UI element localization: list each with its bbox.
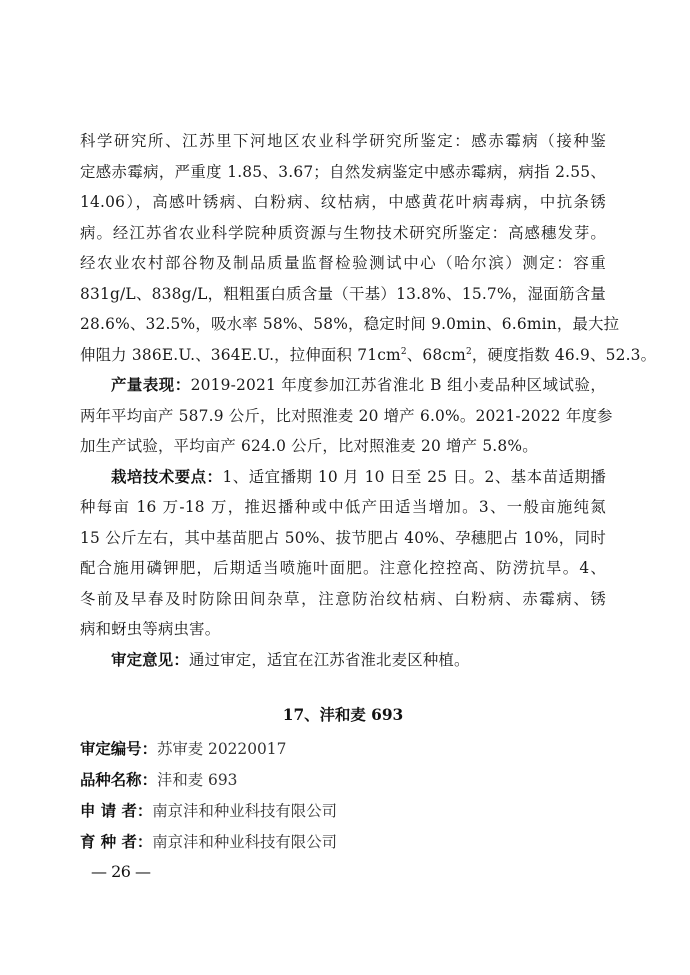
text-fragment: ，硬度指数 46.9、52.3。: [472, 346, 656, 364]
section-label: 审定意见：: [111, 651, 189, 669]
text-line: 冬前及早春及时防除田间杂草，注意防治纹枯病、白粉病、赤霉病、锈: [80, 584, 606, 615]
section-text: 通过审定，适宜在江苏省淮北麦区种植。: [189, 651, 470, 669]
page-number: — 26 —: [91, 862, 151, 881]
approval-section: 审定意见：通过审定，适宜在江苏省淮北麦区种植。: [80, 645, 606, 676]
cultivation-section: 栽培技术要点：1、适宜播期 10 月 10 日至 25 日。2、基本苗适期播 种…: [80, 462, 606, 645]
yield-section: 产量表现：2019-2021 年度参加江苏省淮北 B 组小麦品种区域试验， 两年…: [80, 370, 606, 462]
text-line: 产量表现：2019-2021 年度参加江苏省淮北 B 组小麦品种区域试验，: [80, 370, 606, 401]
info-label: 申 请 者：: [80, 796, 152, 827]
info-value: 沣和麦 693: [157, 771, 237, 789]
text-line: 28.6%、32.5%，吸水率 58%、58%，稳定时间 9.0min、6.6m…: [80, 309, 606, 340]
text-line: 病和蚜虫等病虫害。: [80, 614, 606, 645]
text-line: 14.06），高感叶锈病、白粉病、纹枯病，中感黄花叶病毒病，中抗条锈: [80, 187, 606, 218]
text-line: 经农业农村部谷物及制品质量监督检验测试中心（哈尔滨）测定：容重: [80, 248, 606, 279]
text-line: 加生产试验，平均亩产 624.0 公斤，比对照淮麦 20 增产 5.8%。: [80, 431, 606, 462]
variety-info-row: 审定编号：苏审麦 20220017: [80, 734, 606, 765]
variety-info-row: 品种名称：沣和麦 693: [80, 765, 606, 796]
text-line: 伸阻力 386E.U.、364E.U.，拉伸面积 71cm2、68cm2，硬度指…: [80, 340, 606, 371]
text-line: 配合施用磷钾肥，后期适当喷施叶面肥。注意化控控高、防涝抗旱。4、: [80, 553, 606, 584]
document-page: 科学研究所、江苏里下河地区农业科学研究所鉴定：感赤霉病（接种鉴 定感赤霉病，严重…: [80, 126, 606, 675]
info-label: 育 种 者：: [80, 827, 152, 858]
section-label: 栽培技术要点：: [111, 468, 222, 486]
info-label: 品种名称：: [80, 765, 157, 796]
info-value: 南京沣和种业科技有限公司: [152, 833, 337, 851]
text-line: 审定意见：通过审定，适宜在江苏省淮北麦区种植。: [80, 645, 606, 676]
text-line: 病。经江苏省农业科学院种质资源与生物技术研究所鉴定：高感穗发芽。: [80, 218, 606, 249]
variety-info-row: 申 请 者：南京沣和种业科技有限公司: [80, 796, 606, 827]
info-value: 南京沣和种业科技有限公司: [152, 802, 337, 820]
text-fragment: 伸阻力 386E.U.、364E.U.，拉伸面积 71cm: [80, 346, 401, 364]
section-text: 2019-2021 年度参加江苏省淮北 B 组小麦品种区域试验，: [191, 376, 606, 394]
text-line: 栽培技术要点：1、适宜播期 10 月 10 日至 25 日。2、基本苗适期播: [80, 462, 606, 493]
text-line: 种每亩 16 万-18 万，推迟播种或中低产田适当增加。3、一般亩施纯氮: [80, 492, 606, 523]
info-value: 苏审麦 20220017: [157, 740, 286, 758]
continuation-paragraph: 科学研究所、江苏里下河地区农业科学研究所鉴定：感赤霉病（接种鉴 定感赤霉病，严重…: [80, 126, 606, 370]
variety-info-row: 育 种 者：南京沣和种业科技有限公司: [80, 827, 606, 858]
variety-info-list: 审定编号：苏审麦 20220017 品种名称：沣和麦 693 申 请 者：南京沣…: [80, 734, 606, 858]
text-line: 科学研究所、江苏里下河地区农业科学研究所鉴定：感赤霉病（接种鉴: [80, 126, 606, 157]
text-line: 两年平均亩产 587.9 公斤，比对照淮麦 20 增产 6.0%。2021-20…: [80, 401, 606, 432]
variety-heading: 17、沣和麦 693: [80, 700, 606, 730]
text-fragment: 、68cm: [407, 346, 466, 364]
info-label: 审定编号：: [80, 734, 157, 765]
text-line: 831g/L、838g/L，粗粗蛋白质含量（干基）13.8%、15.7%，湿面筋…: [80, 279, 606, 310]
text-line: 15 公斤左右，其中基苗肥占 50%、拔节肥占 40%、孕穗肥占 10%，同时: [80, 523, 606, 554]
section-label: 产量表现：: [111, 376, 191, 394]
section-text: 1、适宜播期 10 月 10 日至 25 日。2、基本苗适期播: [222, 468, 606, 486]
text-line: 定感赤霉病，严重度 1.85、3.67；自然发病鉴定中感赤霉病，病指 2.55、: [80, 157, 606, 188]
